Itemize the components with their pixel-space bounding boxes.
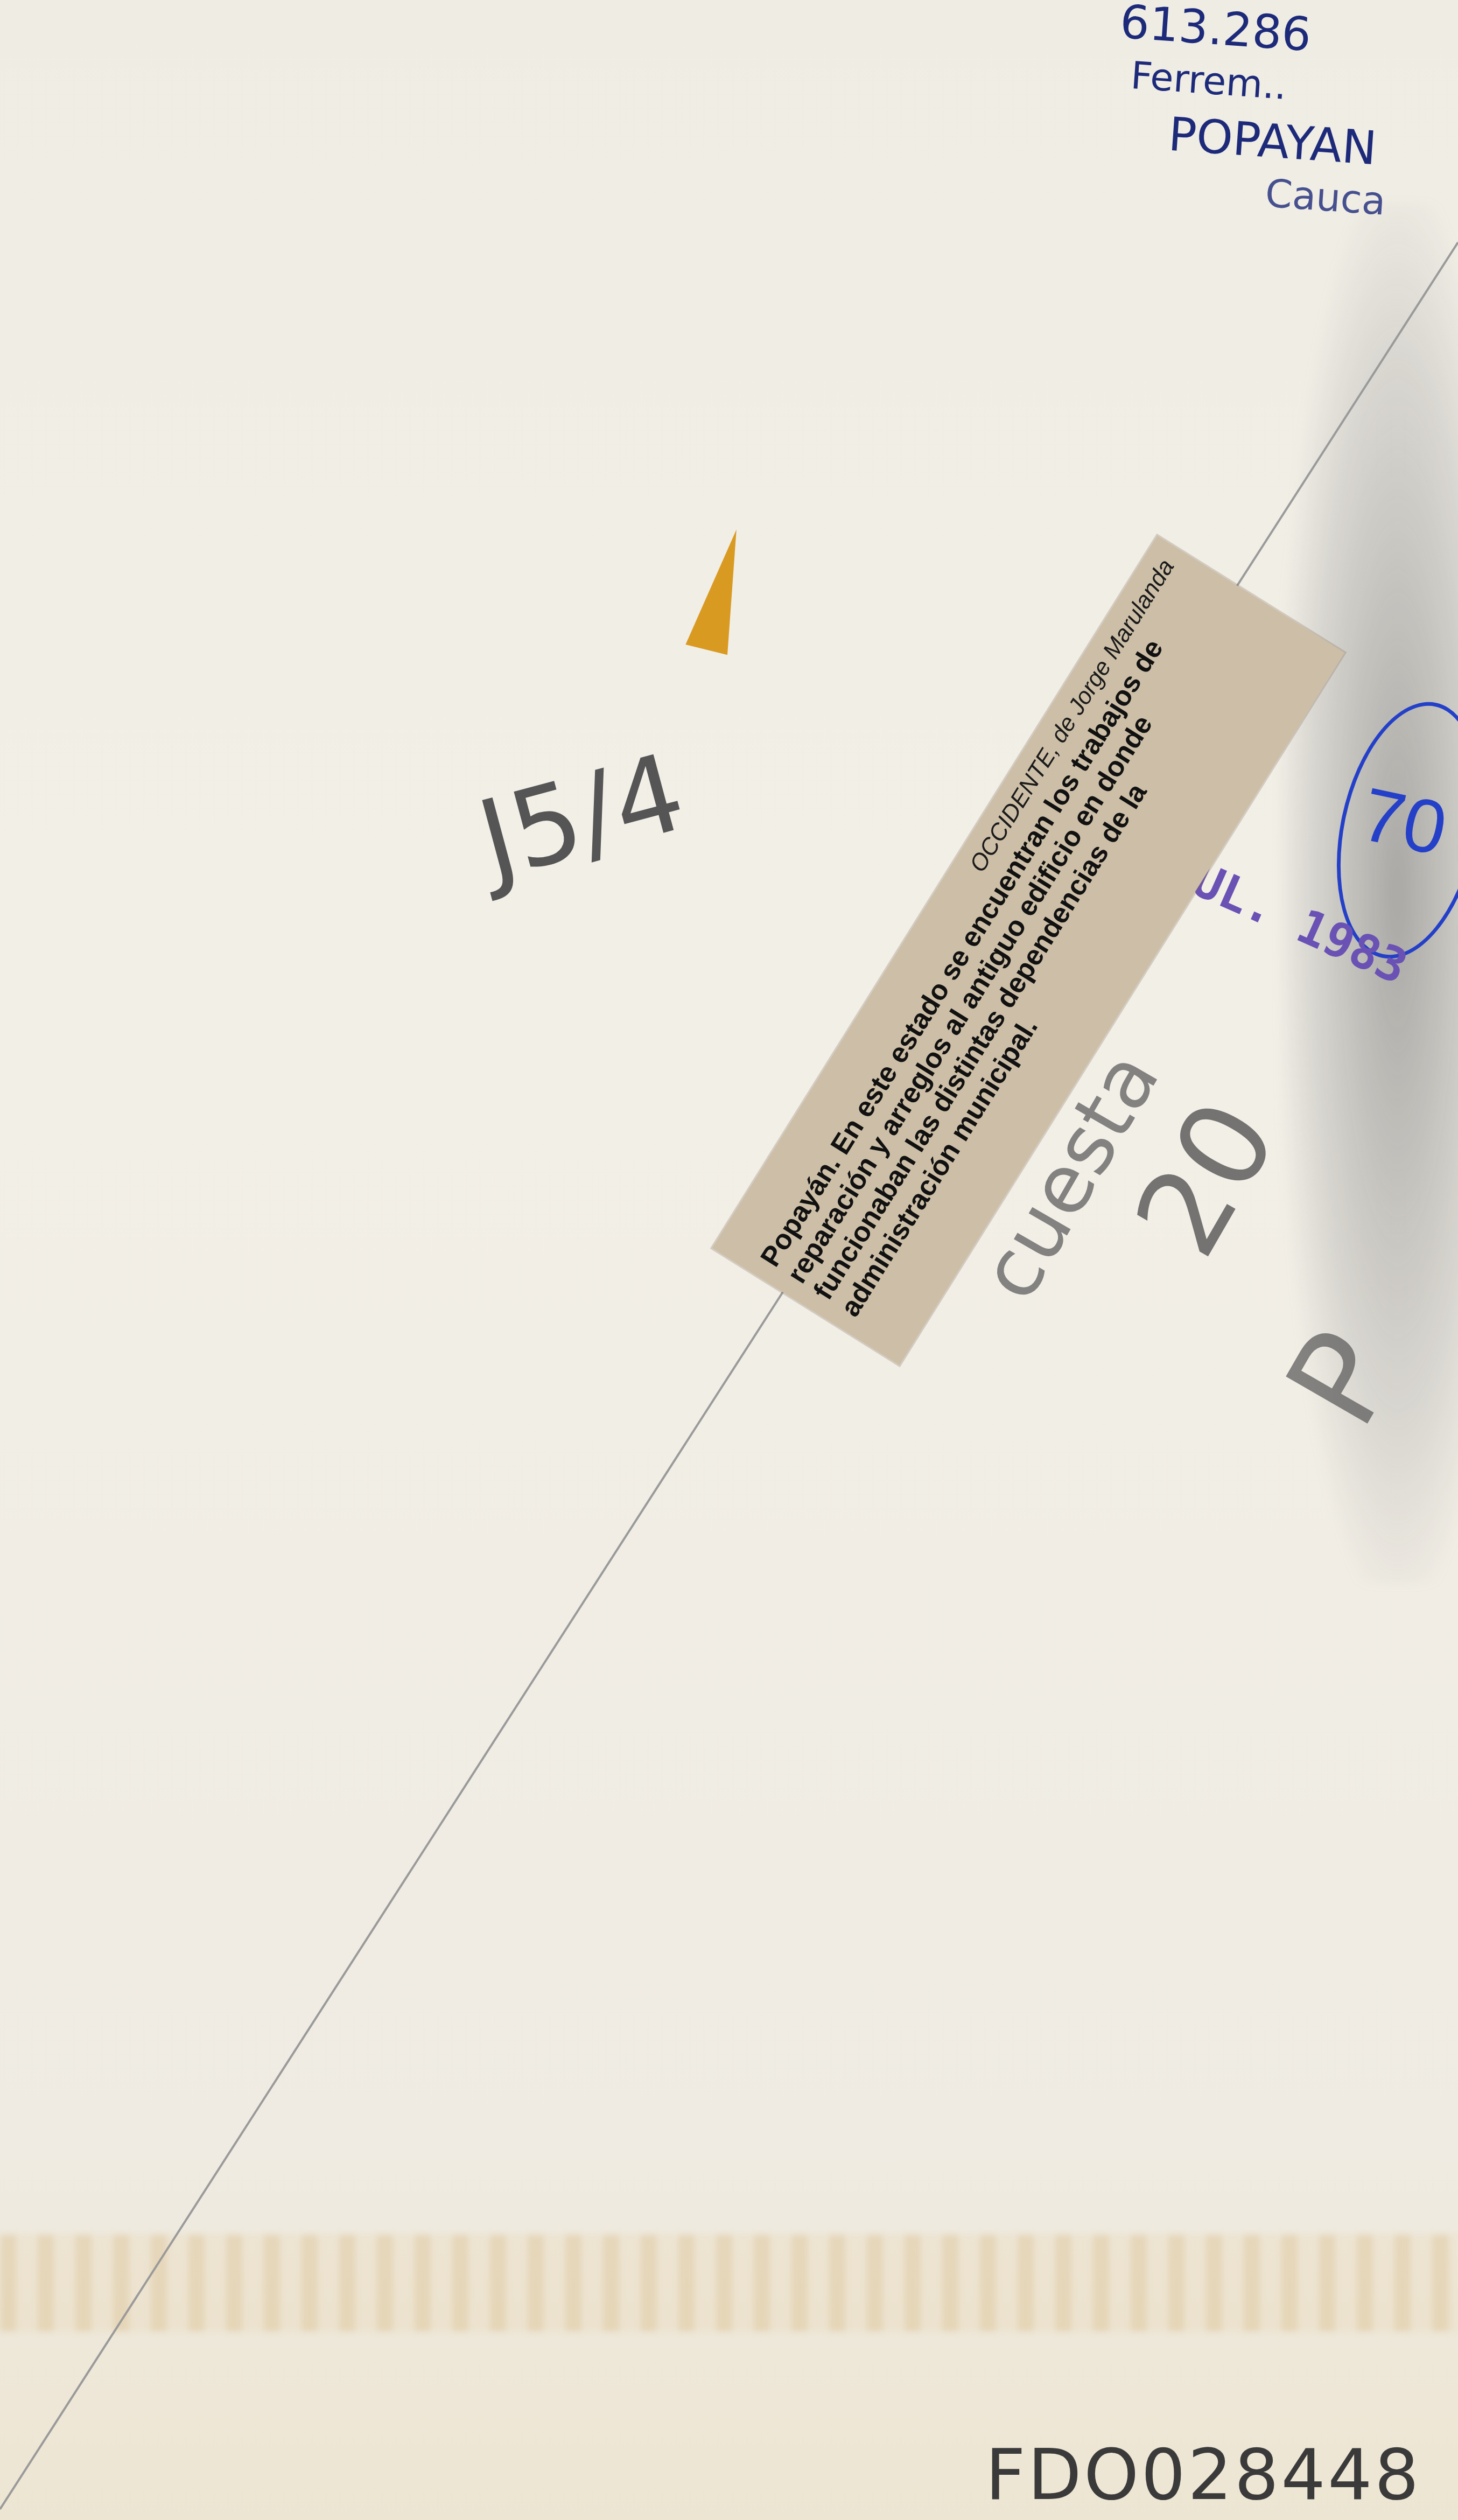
pencil-diagonal-line [0,0,1458,2520]
ink-note-line-2: Ferrem.. [1130,57,1288,105]
circled-number: 70 [1354,770,1454,873]
ink-note-line-1: 613.286 [1118,0,1313,58]
ink-note-line-4: Cauca [1264,173,1387,220]
ink-note-line-3: POPAYAN [1167,111,1378,172]
archive-code: FDO028448 [985,2434,1421,2516]
